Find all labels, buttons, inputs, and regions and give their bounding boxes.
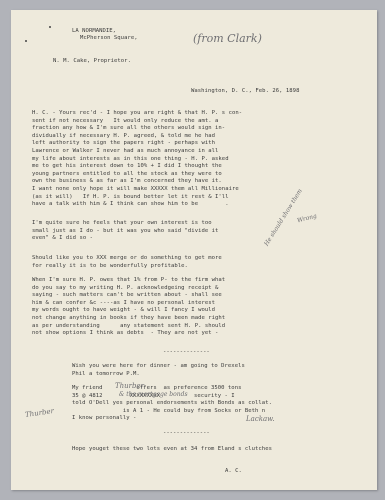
handwritten-friend-name: Thurber [115,382,144,390]
handwritten-insert: & the mortgage bonds [119,391,188,398]
closing-line: Hope youget these two lots even at 34 fr… [72,446,272,454]
ink-spot [25,40,27,42]
handwritten-lackaw: Lackaw. [246,415,275,423]
handwritten-left-margin: Thurber [25,407,55,419]
separator-2: -------------- [163,430,210,436]
handwritten-right-margin-top: Wrong [296,213,317,225]
letter-page: LA NORMANDIE, McPherson Square, (from Cl… [11,10,377,490]
letterhead-address: McPherson Square, [80,35,138,43]
signature: A. C. [225,468,242,476]
letterhead-proprietor: N. M. Cake, Proprietor. [53,58,131,66]
handwritten-from-clark: (from Clark) [193,32,262,45]
ink-spot [49,26,51,28]
dateline: Washington, D. C., Feb. 26, 1898 [191,88,299,96]
separator: -------------- [163,349,210,355]
